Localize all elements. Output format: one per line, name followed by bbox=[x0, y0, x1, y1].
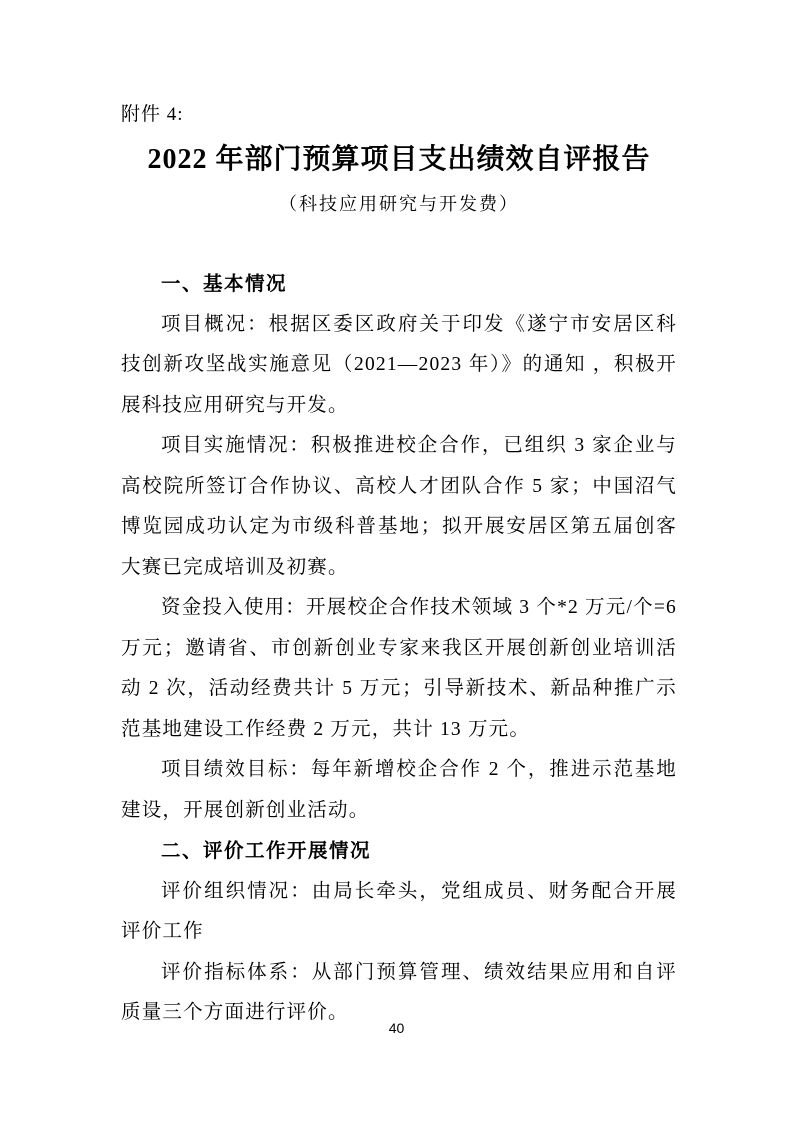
paragraph-project-implementation: 项目实施情况：积极推进校企合作，已组织 3 家企业与高校院所签订合作协议、高校人… bbox=[121, 426, 677, 588]
paragraph-project-overview: 项目概况：根据区委区政府关于印发《遂宁市安居区科技创新攻坚战实施意见（2021—… bbox=[121, 305, 677, 427]
attachment-label: 附件 4: bbox=[121, 100, 677, 130]
document-content: 附件 4: 2022 年部门预算项目支出绩效自评报告 （科技应用研究与开发费） … bbox=[121, 100, 677, 1034]
paragraph-performance-goal: 项目绩效目标：每年新增校企合作 2 个，推进示范基地建设，开展创新创业活动。 bbox=[121, 750, 677, 831]
paragraph-evaluation-organization: 评价组织情况：由局长牵头，党组成员、财务配合开展评价工作 bbox=[121, 872, 677, 953]
page-number: 40 bbox=[0, 1020, 793, 1036]
section-heading-evaluation-work: 二、评价工作开展情况 bbox=[121, 831, 677, 872]
document-title: 2022 年部门预算项目支出绩效自评报告 bbox=[121, 138, 677, 182]
paragraph-funding-usage: 资金投入使用：开展校企合作技术领域 3 个*2 万元/个=6 万元；邀请省、市创… bbox=[121, 588, 677, 750]
section-heading-basic-info: 一、基本情况 bbox=[121, 264, 677, 305]
document-page: 附件 4: 2022 年部门预算项目支出绩效自评报告 （科技应用研究与开发费） … bbox=[0, 0, 793, 1122]
document-subtitle: （科技应用研究与开发费） bbox=[121, 188, 677, 220]
